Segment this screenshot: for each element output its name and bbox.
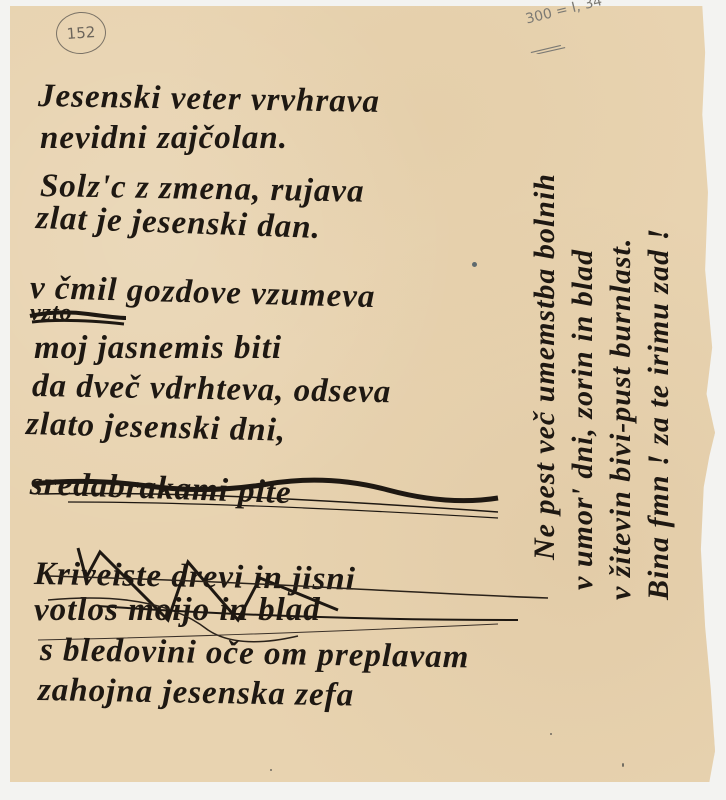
stanza-2-line-4: da dveč vdrhteva, odseva	[32, 368, 392, 411]
paper-speck	[270, 769, 272, 771]
stanza-2-line-2-struck: vzto	[30, 300, 73, 327]
margin-note-line-1: Ne pest več umemstba bolnih	[528, 173, 562, 560]
margin-note-line-4: Bina fmn ! za te irimu zad !	[642, 228, 676, 600]
margin-note-line-3: v žitevin bivi-pust burnlast.	[604, 238, 638, 600]
page-number: 152	[66, 23, 96, 43]
stanza-3-line-4: zahojna jesenska zefa	[38, 672, 355, 715]
archive-double-underline	[522, 44, 574, 54]
scanned-page: 152 300 = I, 34 Jesenski veter vrvhrava …	[0, 0, 726, 800]
paper-speck	[472, 262, 477, 267]
margin-note-line-2: v umor' dni, zorin in blad	[566, 249, 600, 590]
stanza-1-line-2: nevidni zajčolan.	[40, 120, 288, 157]
paper-speck	[622, 763, 624, 767]
stanza-1-line-1: Jesenski veter vrvhrava	[38, 78, 381, 121]
stanza-2-line-3: moj jasnemis biti	[34, 330, 282, 367]
stanza-2-line-5: zlato jesenski dni,	[26, 406, 287, 450]
stanza-3-line-3: s bledovini oče om preplavam	[40, 632, 470, 676]
stanza-3-line-2-struck: votlos moijo in blad	[34, 592, 321, 629]
paper-speck	[550, 733, 552, 735]
